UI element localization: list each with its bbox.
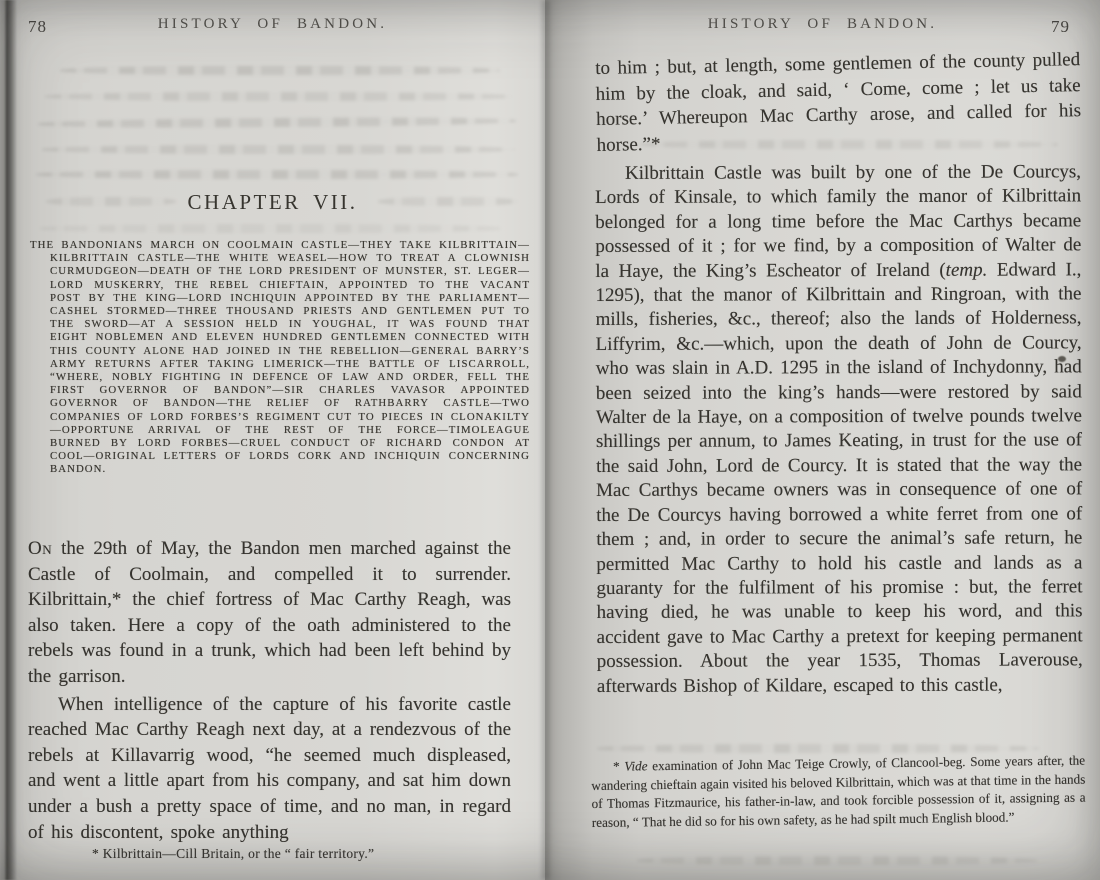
- right-page-header: HISTORY OF BANDON. 79: [545, 16, 1100, 40]
- bleedthrough-smudge: [60, 66, 500, 75]
- paragraph: When intelligence of the capture of his …: [28, 692, 511, 846]
- footnote-text: examination of John Mac Teige Crowly, of…: [591, 753, 1085, 830]
- scan-left-edge: [0, 0, 17, 880]
- left-body-text: On the 29th of May, the Bandon men march…: [28, 536, 511, 845]
- right-running-title: HISTORY OF BANDON.: [545, 16, 1100, 33]
- gutter-crease: [538, 0, 552, 880]
- paragraph-text: Edward I., 1295), that the manor of Kilb…: [595, 259, 1082, 697]
- chapter-summary: THE BANDONIANS MARCH ON COOLMAIN CASTLE—…: [30, 239, 530, 477]
- bleedthrough-smudge: [637, 856, 1037, 865]
- left-running-title: HISTORY OF BANDON.: [0, 16, 545, 33]
- right-body-continuation: to him ; but, at length, some gentlemen …: [595, 47, 1082, 158]
- right-page-number: 79: [1051, 17, 1070, 37]
- book-scan: 78 HISTORY OF BANDON. CHAPTER VII. THE B…: [0, 0, 1100, 880]
- paragraph: On the 29th of May, the Bandon men march…: [28, 536, 511, 690]
- left-page: 78 HISTORY OF BANDON. CHAPTER VII. THE B…: [0, 0, 545, 880]
- bleedthrough-smudge: [40, 224, 502, 233]
- italic-term: temp.: [946, 259, 988, 280]
- bleedthrough-smudge: [36, 170, 518, 179]
- bleedthrough-smudge: [42, 145, 515, 154]
- bleedthrough-smudge: [597, 744, 1039, 753]
- left-footnote: * Kilbrittain—Cill Britain, or the “ fai…: [92, 846, 374, 862]
- italic-term: Vide: [624, 758, 647, 773]
- right-body-text: Kilbrittain Castle was built by one of t…: [595, 160, 1083, 699]
- chapter-heading: CHAPTER VII.: [0, 190, 545, 215]
- bleedthrough-smudge: [38, 116, 516, 128]
- bleedthrough-smudge: [45, 92, 513, 101]
- footnote-marker: *: [613, 759, 624, 774]
- left-page-header: 78 HISTORY OF BANDON.: [0, 16, 545, 40]
- paragraph: to him ; but, at length, some gentlemen …: [595, 47, 1082, 158]
- right-footnote: * Vide examination of John Mac Teige Cro…: [591, 752, 1086, 833]
- right-page: HISTORY OF BANDON. 79 to him ; but, at l…: [545, 0, 1100, 880]
- opening-word: On: [28, 538, 52, 559]
- paragraph: Kilbrittain Castle was built by one of t…: [595, 160, 1083, 699]
- paragraph-text: the 29th of May, the Bandon men marched …: [28, 538, 511, 687]
